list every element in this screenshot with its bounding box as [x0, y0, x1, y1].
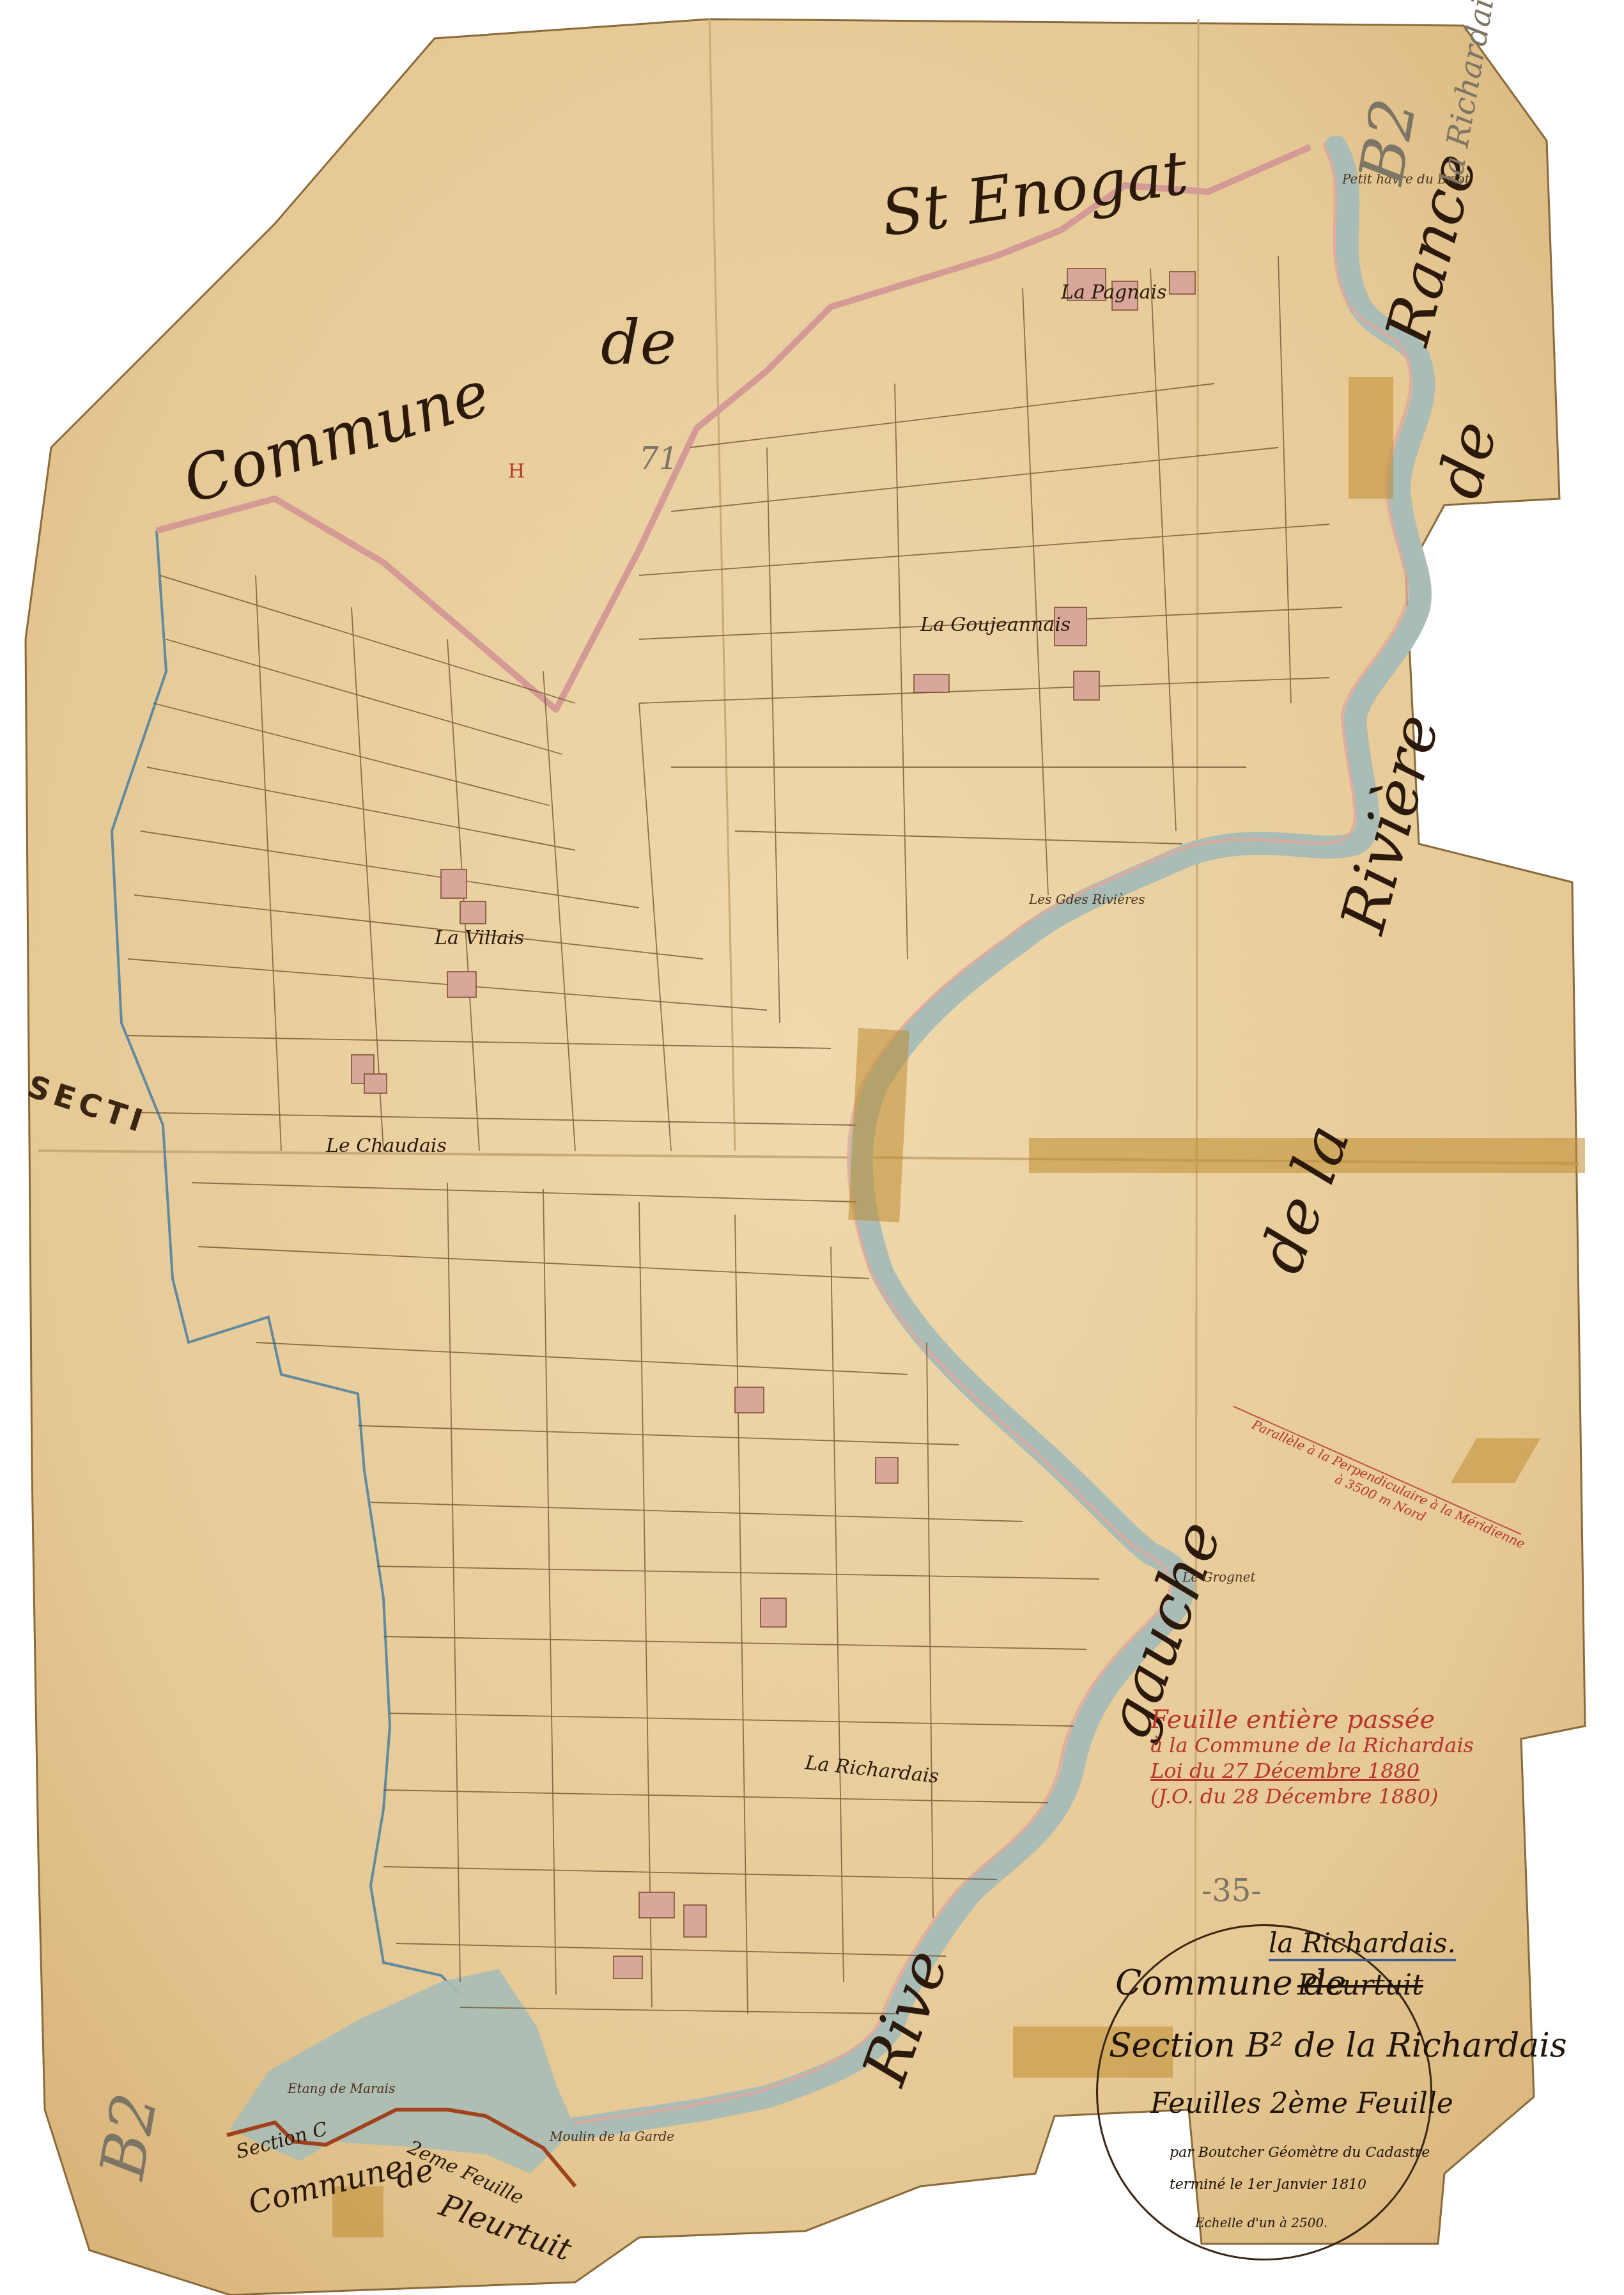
- tape-patch-top-right: [1349, 377, 1393, 499]
- label-de-north: de: [601, 307, 676, 378]
- place-la-villais: La Villais: [435, 927, 524, 949]
- cartouche-section: Section B² de la Richardais: [1109, 2027, 1567, 2065]
- sheet-number: -35-: [1202, 1873, 1262, 1909]
- place-la-goujeannais: La Goujeannais: [920, 614, 1071, 636]
- cartouche-commune-struck: Pleurtuit: [1297, 1969, 1423, 2002]
- place-les-gdes-rivieres: Les Gdes Rivières: [1029, 892, 1145, 907]
- pencil-code-bottom: B2: [86, 2089, 171, 2184]
- cartouche-commune-new: la Richardais.: [1269, 1927, 1456, 1961]
- transfer-note-line4: (J.O. du 28 Décembre 1880): [1150, 1784, 1474, 1809]
- transfer-note-line1: Feuille entière passée: [1150, 1707, 1474, 1732]
- pencil-mark-71: 71: [639, 441, 678, 477]
- cartouche-scale: Echelle d'un à 2500.: [1195, 2215, 1327, 2230]
- tape-strip-vertical: [848, 1028, 909, 1222]
- cartouche-date: terminé le 1er Janvier 1810: [1170, 2177, 1366, 2193]
- place-le-grognet: Le Grognet: [1182, 1569, 1256, 1585]
- pencil-code-top: B2: [1345, 94, 1430, 189]
- place-moulin-de-la-garde: Moulin de la Garde: [550, 2129, 674, 2144]
- place-etang-de-marais: Etang de Marais: [288, 2081, 395, 2096]
- place-le-chaudais: Le Chaudais: [326, 1135, 447, 1157]
- transfer-note-line3: Loi du 27 Décembre 1880: [1150, 1758, 1474, 1784]
- transfer-note-line2: à la Commune de la Richardais: [1150, 1732, 1474, 1758]
- letter-h-marker: H: [508, 460, 525, 483]
- transfer-note: Feuille entière passée à la Commune de l…: [1150, 1707, 1474, 1809]
- cartouche-surveyor: par Boutcher Géomètre du Cadastre: [1170, 2145, 1430, 2161]
- place-la-pagnais: La Pagnais: [1061, 281, 1166, 304]
- cartouche-sheets: Feuilles 2ème Feuille: [1150, 2087, 1453, 2120]
